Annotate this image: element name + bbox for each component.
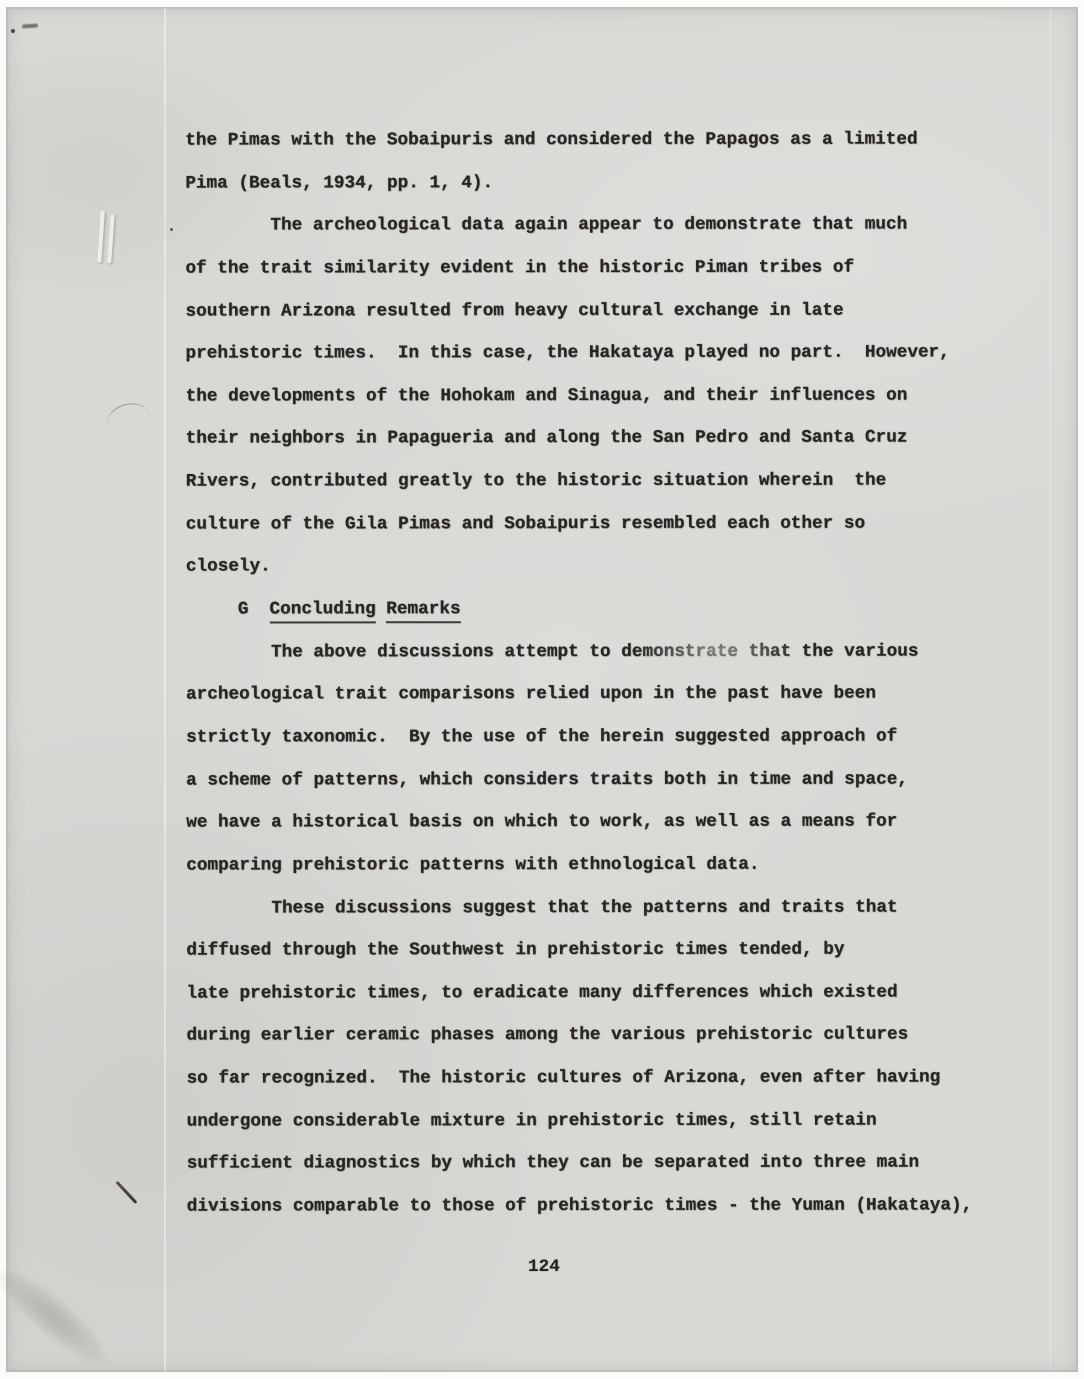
text-line: closely. xyxy=(186,545,1016,589)
text-line: These discussions suggest that the patte… xyxy=(186,886,1016,930)
text-line: so far recognized. The historic cultures… xyxy=(187,1057,1017,1101)
text-line: sufficient diagnostics by which they can… xyxy=(187,1142,1017,1186)
section-letter: G xyxy=(238,600,249,620)
text-line: archeological trait comparisons relied u… xyxy=(186,673,1016,717)
text-line: divisions comparable to those of prehist… xyxy=(187,1184,1017,1228)
embossed-scratch xyxy=(94,210,120,263)
corner-smudge xyxy=(0,1258,118,1376)
ink-speck xyxy=(22,23,38,28)
scan-crease xyxy=(1050,8,1051,1371)
text-line: the Pimas with the Sobaipuris and consid… xyxy=(185,118,1015,162)
ink-speck xyxy=(170,228,173,231)
text-line: undergone considerable mixture in prehis… xyxy=(187,1099,1017,1143)
hairline-mark xyxy=(104,399,151,426)
text-line: of the trait similarity evident in the h… xyxy=(185,246,1015,290)
text-line: The archeological data again appear to d… xyxy=(185,204,1015,248)
text-line: diffused through the Southwest in prehis… xyxy=(186,929,1016,973)
text-line: a scheme of patterns, which considers tr… xyxy=(186,758,1016,802)
ink-speck xyxy=(11,29,15,33)
text-line: culture of the Gila Pimas and Sobaipuris… xyxy=(186,502,1016,546)
section-heading: GConcludingRemarks xyxy=(186,587,1016,631)
text-line: late prehistoric times, to eradicate man… xyxy=(186,971,1016,1015)
text-line: comparing prehistoric patterns with ethn… xyxy=(186,843,1016,887)
heading-word: Remarks xyxy=(386,599,460,623)
text-line: we have a historical basis on which to w… xyxy=(186,801,1016,845)
scanned-page: the Pimas with the Sobaipuris and consid… xyxy=(6,7,1078,1372)
scan-crease xyxy=(164,8,166,1371)
text-line: The above discussions attempt to demonst… xyxy=(186,630,1016,674)
text-line: during earlier ceramic phases among the … xyxy=(186,1014,1016,1058)
text-line: southern Arizona resulted from heavy cul… xyxy=(185,289,1015,333)
text-line: Pima (Beals, 1934, pp. 1, 4). xyxy=(185,161,1015,205)
text-line: Rivers, contributed greatly to the histo… xyxy=(186,460,1016,504)
typed-text-block: the Pimas with the Sobaipuris and consid… xyxy=(185,118,1017,1228)
page-number: 124 xyxy=(528,1257,560,1277)
text-line: their neighbors in Papagueria and along … xyxy=(186,417,1016,461)
pen-stroke-mark xyxy=(115,1181,137,1204)
text-line: prehistoric times. In this case, the Hak… xyxy=(186,332,1016,376)
text-line: strictly taxonomic. By the use of the he… xyxy=(186,715,1016,759)
heading-word: Concluding xyxy=(270,599,376,623)
text-line: the developments of the Hohokam and Sina… xyxy=(186,374,1016,418)
